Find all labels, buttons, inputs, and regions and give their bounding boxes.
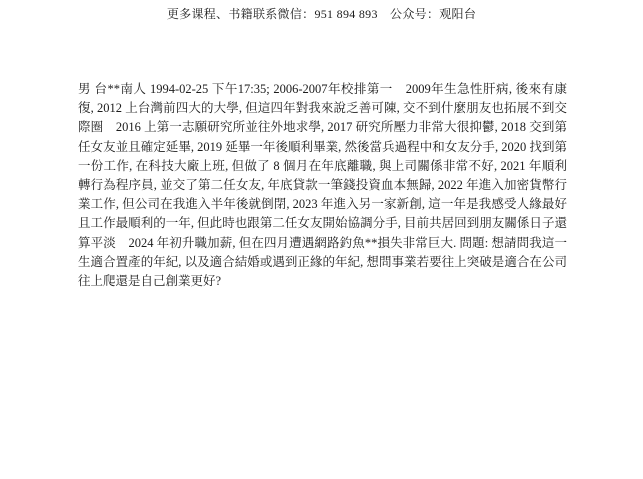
text-line: 轉行為程序員, 並交了第二任女友, 年底貸款一筆錢投資血本無歸, 2022 年進… xyxy=(78,176,567,195)
body-paragraph: 男 台**南人 1994-02-25 下午17:35; 2006-2007年校排… xyxy=(78,80,567,291)
text-line: 任女友並且確定延畢, 2019 延畢一年後順利畢業, 然後當兵過程中和女友分手,… xyxy=(78,138,567,157)
text-line: 算平淡 2024 年初升職加薪, 但在四月遭遇網路釣魚**損失非常巨大. 問題:… xyxy=(78,234,567,253)
text-line: 際圈 2016 上第一志願研究所並往外地求學, 2017 研究所壓力非常大很抑鬱… xyxy=(78,118,567,137)
text-line: 業工作, 但公司在我進入半年後就倒閉, 2023 年進入另一家新創, 這一年是我… xyxy=(78,195,567,214)
document-page: 更多课程、书籍联系微信：951 894 893 公众号：观阳台 男 台**南人 … xyxy=(0,0,643,479)
text-line: 且工作最順利的一年, 但此時也跟第二任女友開始協調分手, 目前共居回到朋友關係日… xyxy=(78,214,567,233)
text-line: 男 台**南人 1994-02-25 下午17:35; 2006-2007年校排… xyxy=(78,80,567,99)
header-contact-line: 更多课程、书籍联系微信：951 894 893 公众号：观阳台 xyxy=(0,7,643,21)
text-line: 復, 2012 上台灣前四大的大學, 但這四年對我來說乏善可陳, 交不到什麼朋友… xyxy=(78,99,567,118)
text-line: 一份工作, 在科技大廠上班, 但做了 8 個月在年底離職, 與上司關係非常不好,… xyxy=(78,157,567,176)
text-line: 生適合置產的年紀, 以及適合結婚或遇到正緣的年紀, 想問事業若要往上突破是適合在… xyxy=(78,253,567,272)
text-line: 往上爬還是自己創業更好? xyxy=(78,272,567,291)
